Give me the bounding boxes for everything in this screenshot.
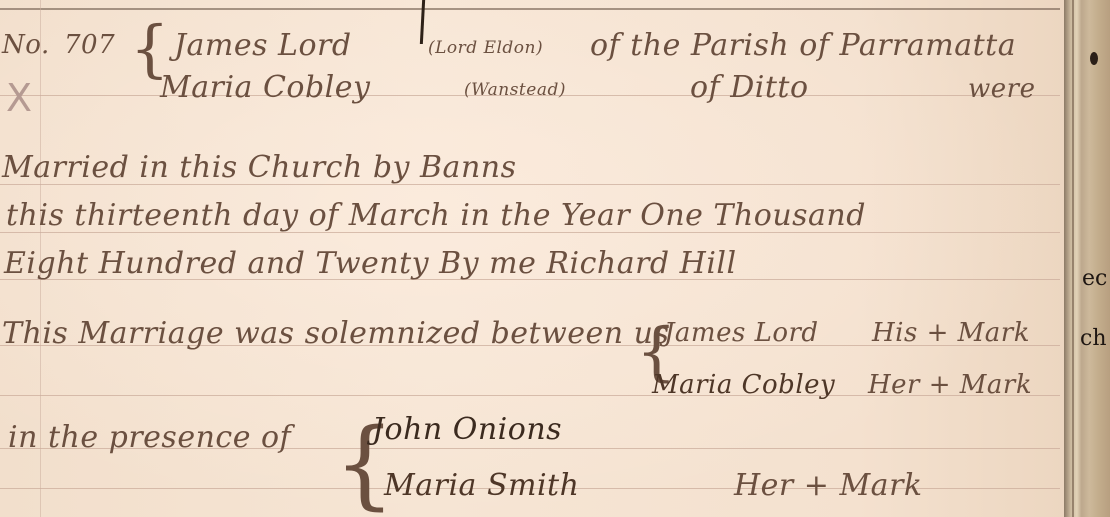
register-page: No. 707 X { James Lord (Lord Eldon) of t… xyxy=(0,0,1072,517)
groom-alias-note: (Lord Eldon) xyxy=(428,38,543,58)
entry-number: 707 xyxy=(64,30,115,60)
married-by-banns-text: Married in this Church by Banns xyxy=(2,150,516,185)
witness-2-mark: Her + Mark xyxy=(734,468,923,503)
signature-bride-name: Maria Cobley xyxy=(652,370,835,400)
top-rule xyxy=(0,8,1060,10)
ink-blot xyxy=(1090,52,1098,65)
binding-edge xyxy=(1072,0,1074,517)
signature-groom-name: James Lord xyxy=(664,318,819,348)
witness-2-name: Maria Smith xyxy=(384,468,579,503)
bride-alias-note: (Wanstead) xyxy=(464,80,566,100)
bride-name: Maria Cobley xyxy=(160,70,370,105)
solemnized-text: This Marriage was solemnized between us xyxy=(2,316,669,351)
printed-fragment-2: ch xyxy=(1080,326,1107,351)
signature-bride-mark: Her + Mark xyxy=(868,370,1032,400)
presence-label: in the presence of xyxy=(8,420,291,455)
pen-stroke xyxy=(420,0,425,44)
witness-1-name: John Onions xyxy=(372,412,562,447)
year-officiant-text: Eight Hundred and Twenty By me Richard H… xyxy=(4,246,737,281)
printed-fragment-1: ec xyxy=(1082,266,1107,291)
date-text: this thirteenth day of March in the Year… xyxy=(6,198,866,233)
signature-groom-mark: His + Mark xyxy=(872,318,1030,348)
entry-number-label: No. xyxy=(2,30,50,60)
margin-x-mark: X xyxy=(6,76,32,120)
were-text: were xyxy=(968,74,1035,104)
parish-text: of the Parish of Parramatta xyxy=(590,28,1016,63)
ditto-text: of Ditto xyxy=(690,70,809,105)
groom-name: James Lord xyxy=(174,28,352,63)
book-binding xyxy=(1064,0,1110,517)
